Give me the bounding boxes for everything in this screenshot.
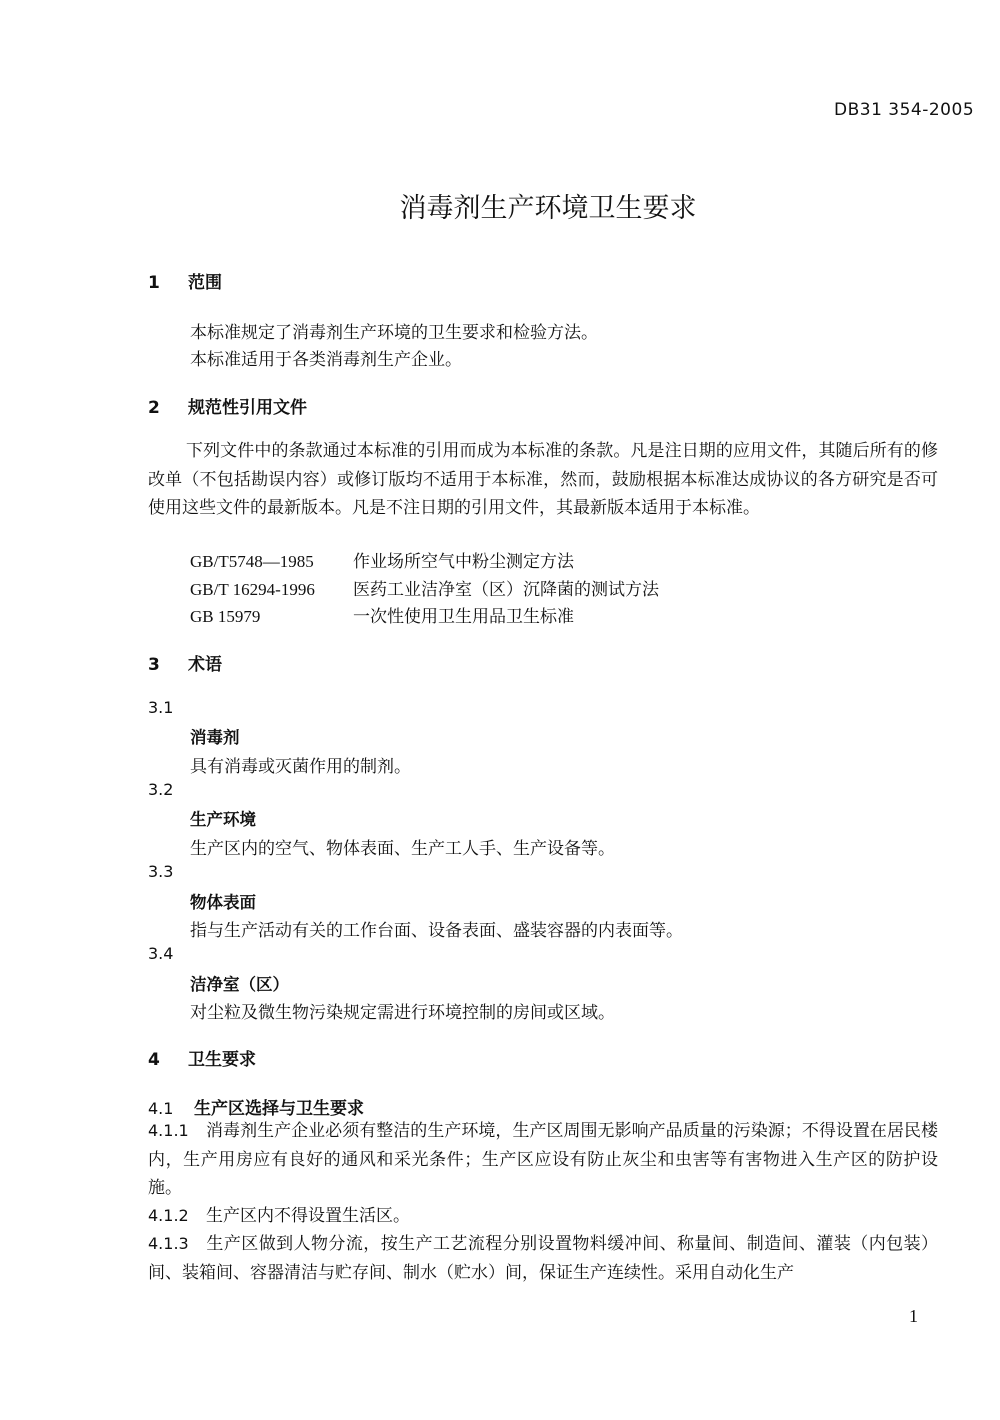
subsection-number: 4.1 (148, 1099, 194, 1118)
term-number: 3.2 (148, 780, 173, 799)
term-name: 物体表面 (190, 889, 256, 913)
document-title: 消毒剂生产环境卫生要求 (0, 186, 1000, 225)
clause-4-1-1: 4.1.1消毒剂生产企业必须有整洁的生产环境，生产区周围无影响产品质量的污染源；… (148, 1117, 938, 1203)
reference-title: 作业场所空气中粉尘测定方法 (353, 552, 574, 572)
section-title: 卫生要求 (188, 1050, 256, 1070)
reference-item: GB/T 16294-1996医药工业洁净室（区）沉降菌的测试方法 (190, 575, 659, 600)
reference-item: GB 15979一次性使用卫生用品卫生标准 (190, 602, 574, 627)
section-number: 1 (148, 273, 188, 293)
reference-code: GB/T5748—1985 (190, 552, 353, 572)
term-number: 3.4 (148, 944, 173, 963)
section-number: 3 (148, 655, 188, 675)
term-definition: 具有消毒或灭菌作用的制剂。 (190, 752, 411, 777)
term-number: 3.3 (148, 862, 173, 881)
term-definition: 生产区内的空气、物体表面、生产工人手、生产设备等。 (190, 834, 615, 859)
section-4-heading: 4卫生要求 (148, 1045, 256, 1070)
section-1-heading: 1范围 (148, 268, 222, 293)
clause-4-1-3: 4.1.3生产区做到人物分流，按生产工艺流程分别设置物料缓冲间、称量间、制造间、… (148, 1230, 938, 1287)
section-number: 2 (148, 398, 188, 418)
clause-text: 生产区做到人物分流，按生产工艺流程分别设置物料缓冲间、称量间、制造间、灌装（内包… (148, 1234, 938, 1283)
scope-paragraph-2: 本标准适用于各类消毒剂生产企业。 (190, 345, 462, 370)
term-definition: 指与生产活动有关的工作台面、设备表面、盛装容器的内表面等。 (190, 916, 683, 941)
clause-text: 消毒剂生产企业必须有整洁的生产环境，生产区周围无影响产品质量的污染源；不得设置在… (148, 1121, 938, 1198)
section-number: 4 (148, 1050, 188, 1070)
term-name: 消毒剂 (190, 724, 240, 748)
reference-title: 医药工业洁净室（区）沉降菌的测试方法 (353, 580, 659, 600)
term-number: 3.1 (148, 698, 173, 717)
normative-references-paragraph: 下列文件中的条款通过本标准的引用而成为本标准的条款。凡是注日期的应用文件，其随后… (148, 437, 938, 523)
page-number: 1 (909, 1306, 918, 1327)
term-definition: 对尘粒及微生物污染规定需进行环境控制的房间或区域。 (190, 998, 615, 1023)
clause-number: 4.1.2 (148, 1202, 206, 1231)
clause-number: 4.1.3 (148, 1230, 206, 1259)
clause-text: 生产区内不得设置生活区。 (206, 1206, 410, 1226)
section-3-heading: 3术语 (148, 650, 222, 675)
clause-number: 4.1.1 (148, 1117, 206, 1146)
reference-code: GB/T 16294-1996 (190, 580, 353, 600)
standard-code: DB31 354-2005 (834, 100, 974, 120)
scope-paragraph-1: 本标准规定了消毒剂生产环境的卫生要求和检验方法。 (190, 318, 598, 343)
reference-item: GB/T5748—1985作业场所空气中粉尘测定方法 (190, 547, 574, 572)
subsection-4-1-heading: 4.1生产区选择与卫生要求 (148, 1094, 364, 1119)
subsection-title: 生产区选择与卫生要求 (194, 1099, 364, 1119)
section-title: 规范性引用文件 (188, 398, 307, 418)
section-2-heading: 2规范性引用文件 (148, 393, 307, 418)
reference-code: GB 15979 (190, 607, 353, 627)
section-title: 术语 (188, 655, 222, 675)
term-name: 生产环境 (190, 806, 256, 830)
term-name: 洁净室（区） (190, 971, 289, 995)
section-title: 范围 (188, 273, 222, 293)
reference-title: 一次性使用卫生用品卫生标准 (353, 607, 574, 627)
clause-4-1-2: 4.1.2生产区内不得设置生活区。 (148, 1202, 938, 1231)
